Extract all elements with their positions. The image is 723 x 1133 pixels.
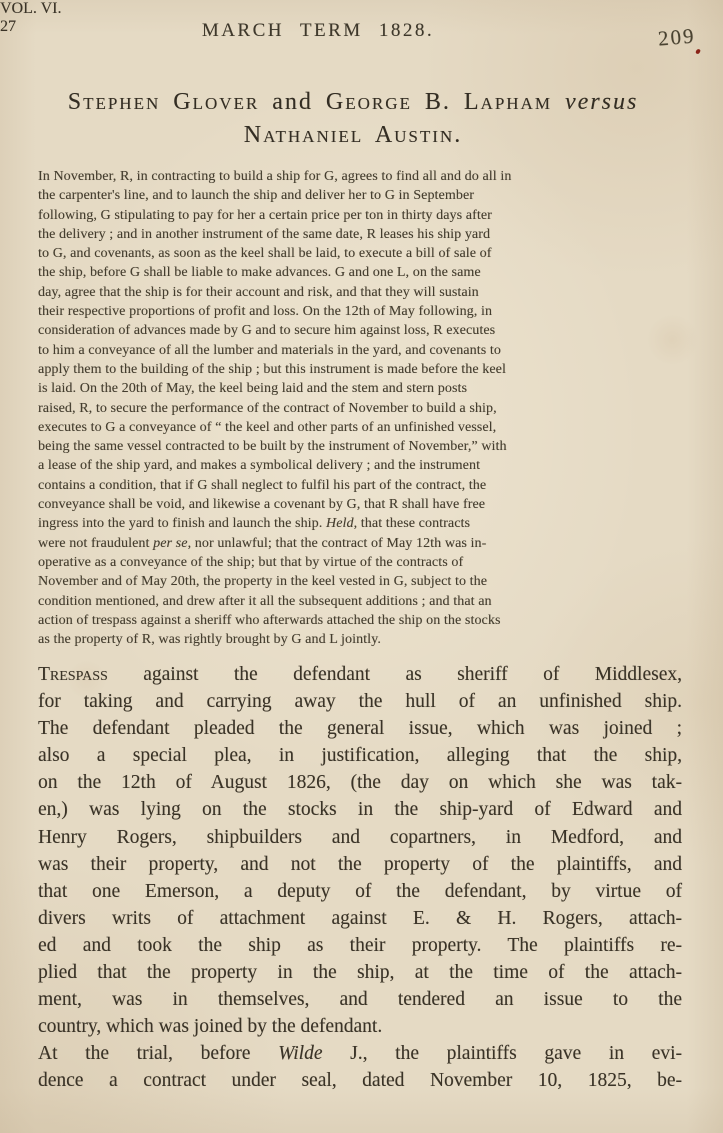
text-line: apply them to the building of the ship ;…	[38, 360, 675, 379]
text-run: Trespass	[38, 664, 108, 685]
text-run: Nathaniel Austin.	[244, 122, 462, 148]
text-line: was their property, and not the property…	[38, 851, 682, 878]
text-line: raised, R, to secure the performance of …	[38, 399, 675, 418]
text-line: en,) was lying on the stocks in the ship…	[38, 796, 682, 823]
text-line: to him a conveyance of all the lumber an…	[38, 341, 675, 360]
text-line: At the trial, before Wilde J., the plain…	[38, 1040, 682, 1067]
text-line: the ship, before G shall be liable to ma…	[38, 263, 675, 282]
text-line: In November, R, in contracting to build …	[38, 167, 675, 186]
text-line: operative as a conveyance of the ship; b…	[38, 553, 675, 572]
text-line: their respective proportions of profit a…	[38, 302, 675, 321]
text-line: a lease of the ship yard, and makes a sy…	[38, 456, 675, 475]
case-title-line-2: Nathaniel Austin.	[38, 119, 668, 152]
opinion-body: Trespass against the defendant as sherif…	[38, 661, 682, 1095]
text-line: dence a contract under seal, dated Novem…	[38, 1067, 682, 1094]
headnote: In November, R, in contracting to build …	[38, 167, 675, 649]
text-run: Stephen Glover	[68, 89, 260, 115]
volume-label: VOL. VI.	[0, 0, 723, 18]
case-title: Stephen Glover and George B. Lapham vers…	[38, 86, 668, 152]
text-line: were not fraudulent per se, nor unlawful…	[38, 534, 675, 553]
text-line: The defendant pleaded the general issue,…	[38, 715, 682, 742]
text-run: , that these contracts	[354, 516, 471, 531]
text-line: the carpenter's line, and to launch the …	[38, 186, 675, 205]
text-line: as the property of R, was rightly brough…	[38, 630, 675, 649]
text-line: Henry Rogers, shipbuilders and copartner…	[38, 824, 682, 851]
text-run: George B. Lapham	[326, 89, 552, 115]
text-line: action of trespass against a sheriff who…	[38, 611, 675, 630]
text-line: conveyance shall be void, and likewise a…	[38, 495, 675, 514]
case-title-line-1: Stephen Glover and George B. Lapham vers…	[38, 86, 668, 119]
text-line: ingress into the yard to finish and laun…	[38, 514, 675, 533]
text-run: At the trial, before	[38, 1043, 278, 1064]
text-line: divers writs of attachment against E. & …	[38, 905, 682, 932]
text-run: were not fraudulent	[38, 536, 153, 551]
text-run: , nor unlawful; that the contract of May…	[188, 536, 487, 551]
text-line: executes to G a conveyance of “ the keel…	[38, 418, 675, 437]
text-line: day, agree that the ship is for their ac…	[38, 283, 675, 302]
running-head: MARCH TERM 1828.	[38, 20, 598, 42]
text-run: ingress into the yard to finish and laun…	[38, 516, 326, 531]
text-line: to G, and covenants, as soon as the keel…	[38, 244, 675, 263]
text-line: contains a condition, that if G shall ne…	[38, 476, 675, 495]
text-line: plied that the property in the ship, at …	[38, 959, 682, 986]
text-run: per se	[153, 536, 187, 551]
text-line: on the 12th of August 1826, (the day on …	[38, 769, 682, 796]
page-number: 209	[656, 23, 696, 51]
text-run: and	[259, 89, 326, 115]
text-line: for taking and carrying away the hull of…	[38, 688, 682, 715]
text-run: J., the plaintiffs gave in evi-	[322, 1043, 682, 1064]
paragraph-trespass: Trespass against the defendant as sherif…	[38, 661, 682, 1040]
ink-spot	[695, 48, 701, 54]
text-run: against the defendant as sheriff of Midd…	[108, 664, 682, 685]
text-line: condition mentioned, and drew after it a…	[38, 592, 675, 611]
paragraph-trial: At the trial, before Wilde J., the plain…	[38, 1040, 682, 1094]
text-line: ment, was in themselves, and tendered an…	[38, 986, 682, 1013]
text-line: following, G stipulating to pay for her …	[38, 206, 675, 225]
scanned-law-report-page: MARCH TERM 1828. 209 Stephen Glover and …	[0, 0, 723, 1133]
text-line: consideration of advances made by G and …	[38, 321, 675, 340]
text-line: country, which was joined by the defenda…	[38, 1013, 682, 1040]
text-run: Held	[326, 516, 354, 531]
text-line: ed and took the ship as their property. …	[38, 932, 682, 959]
text-run: versus	[565, 89, 638, 115]
text-line: the delivery ; and in another instrument…	[38, 225, 675, 244]
text-line: that one Emerson, a deputy of the defend…	[38, 878, 682, 905]
text-run	[552, 89, 565, 115]
text-run: Wilde	[278, 1043, 322, 1064]
text-line: also a special plea, in justification, a…	[38, 742, 682, 769]
text-line: Trespass against the defendant as sherif…	[38, 661, 682, 688]
text-line: is laid. On the 20th of May, the keel be…	[38, 379, 675, 398]
term-heading: MARCH TERM 1828.	[202, 20, 434, 41]
text-line: being the same vessel contracted to be b…	[38, 437, 675, 456]
text-line: November and of May 20th, the property i…	[38, 572, 675, 591]
